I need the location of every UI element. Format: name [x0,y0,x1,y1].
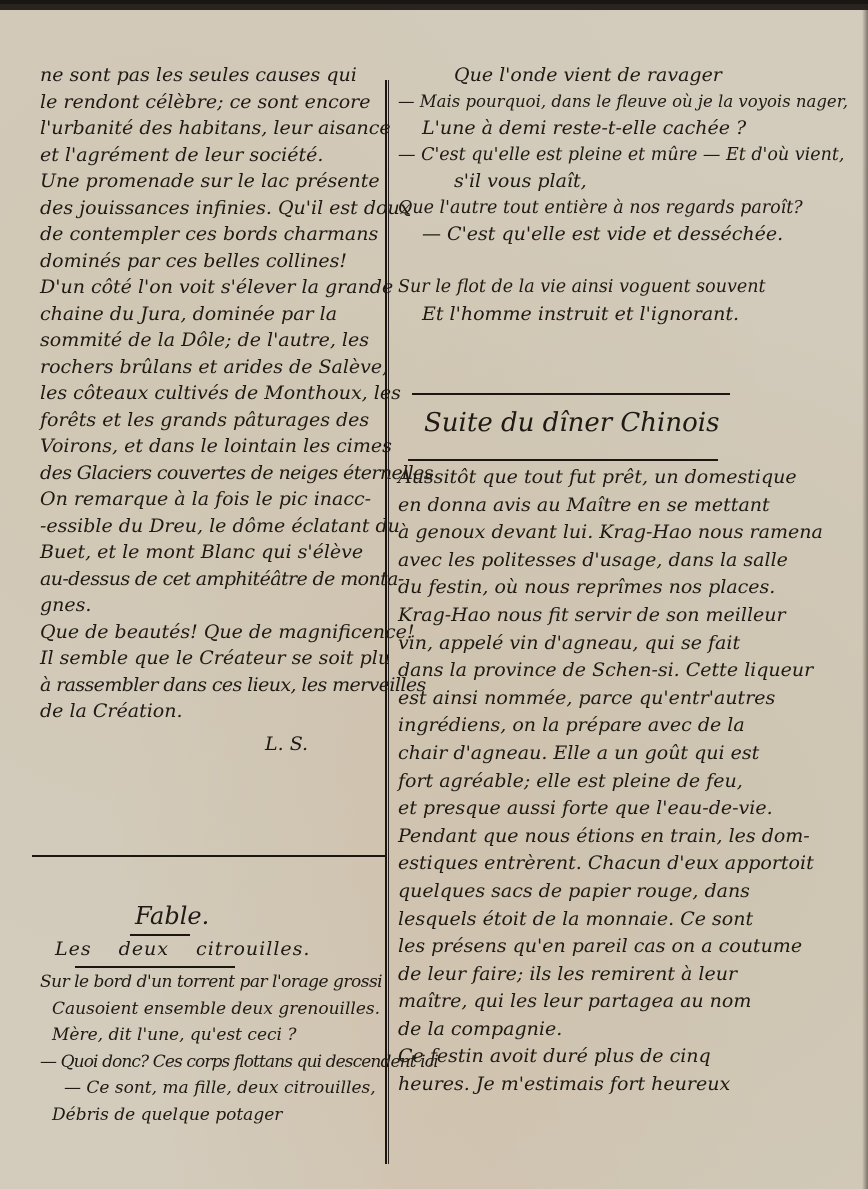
signature: L. S. [40,731,385,758]
text-line: Il semble que le Créateur se soit plu [40,645,385,672]
moral-line: Et l'homme instruit et l'ignorant. [398,301,798,328]
text-line: forêts et les grands pâturages des [40,407,385,434]
fable-heading: Fable. [135,902,209,930]
text-line: Une promenade sur le lac présente [40,168,385,195]
text-line: dans la province de Schen-si. Cette liqu… [398,657,798,685]
spacer [398,248,798,275]
text-line: de la compagnie. [398,1016,798,1044]
text-line: Que de beautés! Que de magnificence! [40,619,385,646]
fable-body: Sur le bord d'un torrent par l'orage gro… [40,969,385,1128]
text-line: du festin, où nous reprîmes nos places. [398,574,798,602]
verse-line: — Ce sont, ma fille, deux citrouilles, [40,1075,385,1102]
text-line: ingrédiens, on la prépare avec de la [398,712,798,740]
section-divider [32,855,386,857]
verse-line: — C'est qu'elle est vide et desséchée. [398,221,798,248]
text-line: chair d'agneau. Elle a un goût qui est [398,740,798,768]
text-line: D'un côté l'on voit s'élever la grande [40,274,385,301]
text-line: Krag-Hao nous fit servir de son meilleur [398,602,798,630]
heading-underline [130,934,190,936]
column-divider [385,80,389,1164]
text-line: Pendant que nous étions en train, les do… [398,823,798,851]
text-line: des Glaciers couvertes de neiges éternel… [40,460,385,487]
text-line: à rassembler dans ces lieux, les merveil… [40,672,385,699]
right-column: Que l'onde vient de ravager — Mais pourq… [398,62,798,327]
verse-line: — Quoi donc? Ces corps flottans qui desc… [40,1049,385,1076]
text-line: vin, appelé vin d'agneau, qui se fait [398,630,798,658]
verse-line: Débris de quelque potager [40,1102,385,1129]
text-line: dominés par ces belles collines! [40,248,385,275]
verse-line: s'il vous plaît, [398,168,798,195]
text-line: sommité de la Dôle; de l'autre, les [40,327,385,354]
text-line: au-dessus de cet amphitéâtre de monta- [40,566,385,593]
verse-line: Sur le bord d'un torrent par l'orage gro… [40,969,385,996]
text-line: le rendont célèbre; ce sont encore [40,89,385,116]
manuscript-page: ne sont pas les seules causes qui le ren… [0,4,868,1189]
text-line: rochers brûlans et arides de Salève, [40,354,385,381]
left-column: ne sont pas les seules causes qui le ren… [40,62,385,757]
fable-subtitle: Les deux citrouilles. [55,938,310,960]
text-line: les présens qu'en pareil cas on a coutum… [398,933,798,961]
text-line: estiques entrèrent. Chacun d'eux apporto… [398,850,798,878]
text-line: l'urbanité des habitans, leur aisance [40,115,385,142]
text-line: quelques sacs de papier rouge, dans [398,878,798,906]
verse-line: — C'est qu'elle est pleine et mûre — Et … [398,142,798,169]
verse-line: L'une à demi reste-t-elle cachée ? [398,115,798,142]
verse-line: Mère, dit l'une, qu'est ceci ? [40,1022,385,1049]
text-line: est ainsi nommée, parce qu'entr'autres [398,685,798,713]
page-top-edge [0,4,868,10]
verse-line: Causoient ensemble deux grenouilles. [40,996,385,1023]
text-line: fort agréable; elle est pleine de feu, [398,768,798,796]
verse-line: Que l'autre tout entière à nos regards p… [398,195,798,222]
text-line: gnes. [40,592,385,619]
moral-line: Sur le flot de la vie ainsi voguent souv… [398,274,798,301]
page-right-edge [862,4,868,1189]
text-line: Ce festin avoit duré plus de cinq [398,1043,798,1071]
text-line: ne sont pas les seules causes qui [40,62,385,89]
text-line: chaine du Jura, dominée par la [40,301,385,328]
text-line: Buet, et le mont Blanc qui s'élève [40,539,385,566]
text-line: avec les politesses d'usage, dans la sal… [398,547,798,575]
text-line: de contempler ces bords charmans [40,221,385,248]
text-line: et l'agrément de leur société. [40,142,385,169]
text-line: Voirons, et dans le lointain les cimes [40,433,385,460]
verse-line: — Mais pourquoi, dans le fleuve où je la… [398,89,798,116]
section-divider [412,393,730,395]
text-line: les côteaux cultivés de Monthoux, les [40,380,385,407]
text-line: et presque aussi forte que l'eau-de-vie. [398,795,798,823]
text-line: -essible du Dreu, le dôme éclatant du [40,513,385,540]
subtitle-underline [75,966,235,968]
text-line: à genoux devant lui. Krag-Hao nous ramen… [398,519,798,547]
text-line: maître, qui les leur partagea au nom [398,988,798,1016]
story-text: Aussitôt que tout fut prêt, un domestiqu… [398,464,798,1099]
text-line: en donna avis au Maître en se mettant [398,492,798,520]
text-line: Aussitôt que tout fut prêt, un domestiqu… [398,464,798,492]
text-line: de la Création. [40,698,385,725]
text-line: de leur faire; ils les remirent à leur [398,961,798,989]
verse-line: Que l'onde vient de ravager [398,62,798,89]
text-line: des jouissances infinies. Qu'il est doux [40,195,385,222]
title-underline [408,459,718,461]
section-title: Suite du dîner Chinois [424,408,719,438]
text-line: lesquels étoit de la monnaie. Ce sont [398,906,798,934]
text-line: On remarque à la fois le pic inacc- [40,486,385,513]
text-line: heures. Je m'estimais fort heureux [398,1071,798,1099]
